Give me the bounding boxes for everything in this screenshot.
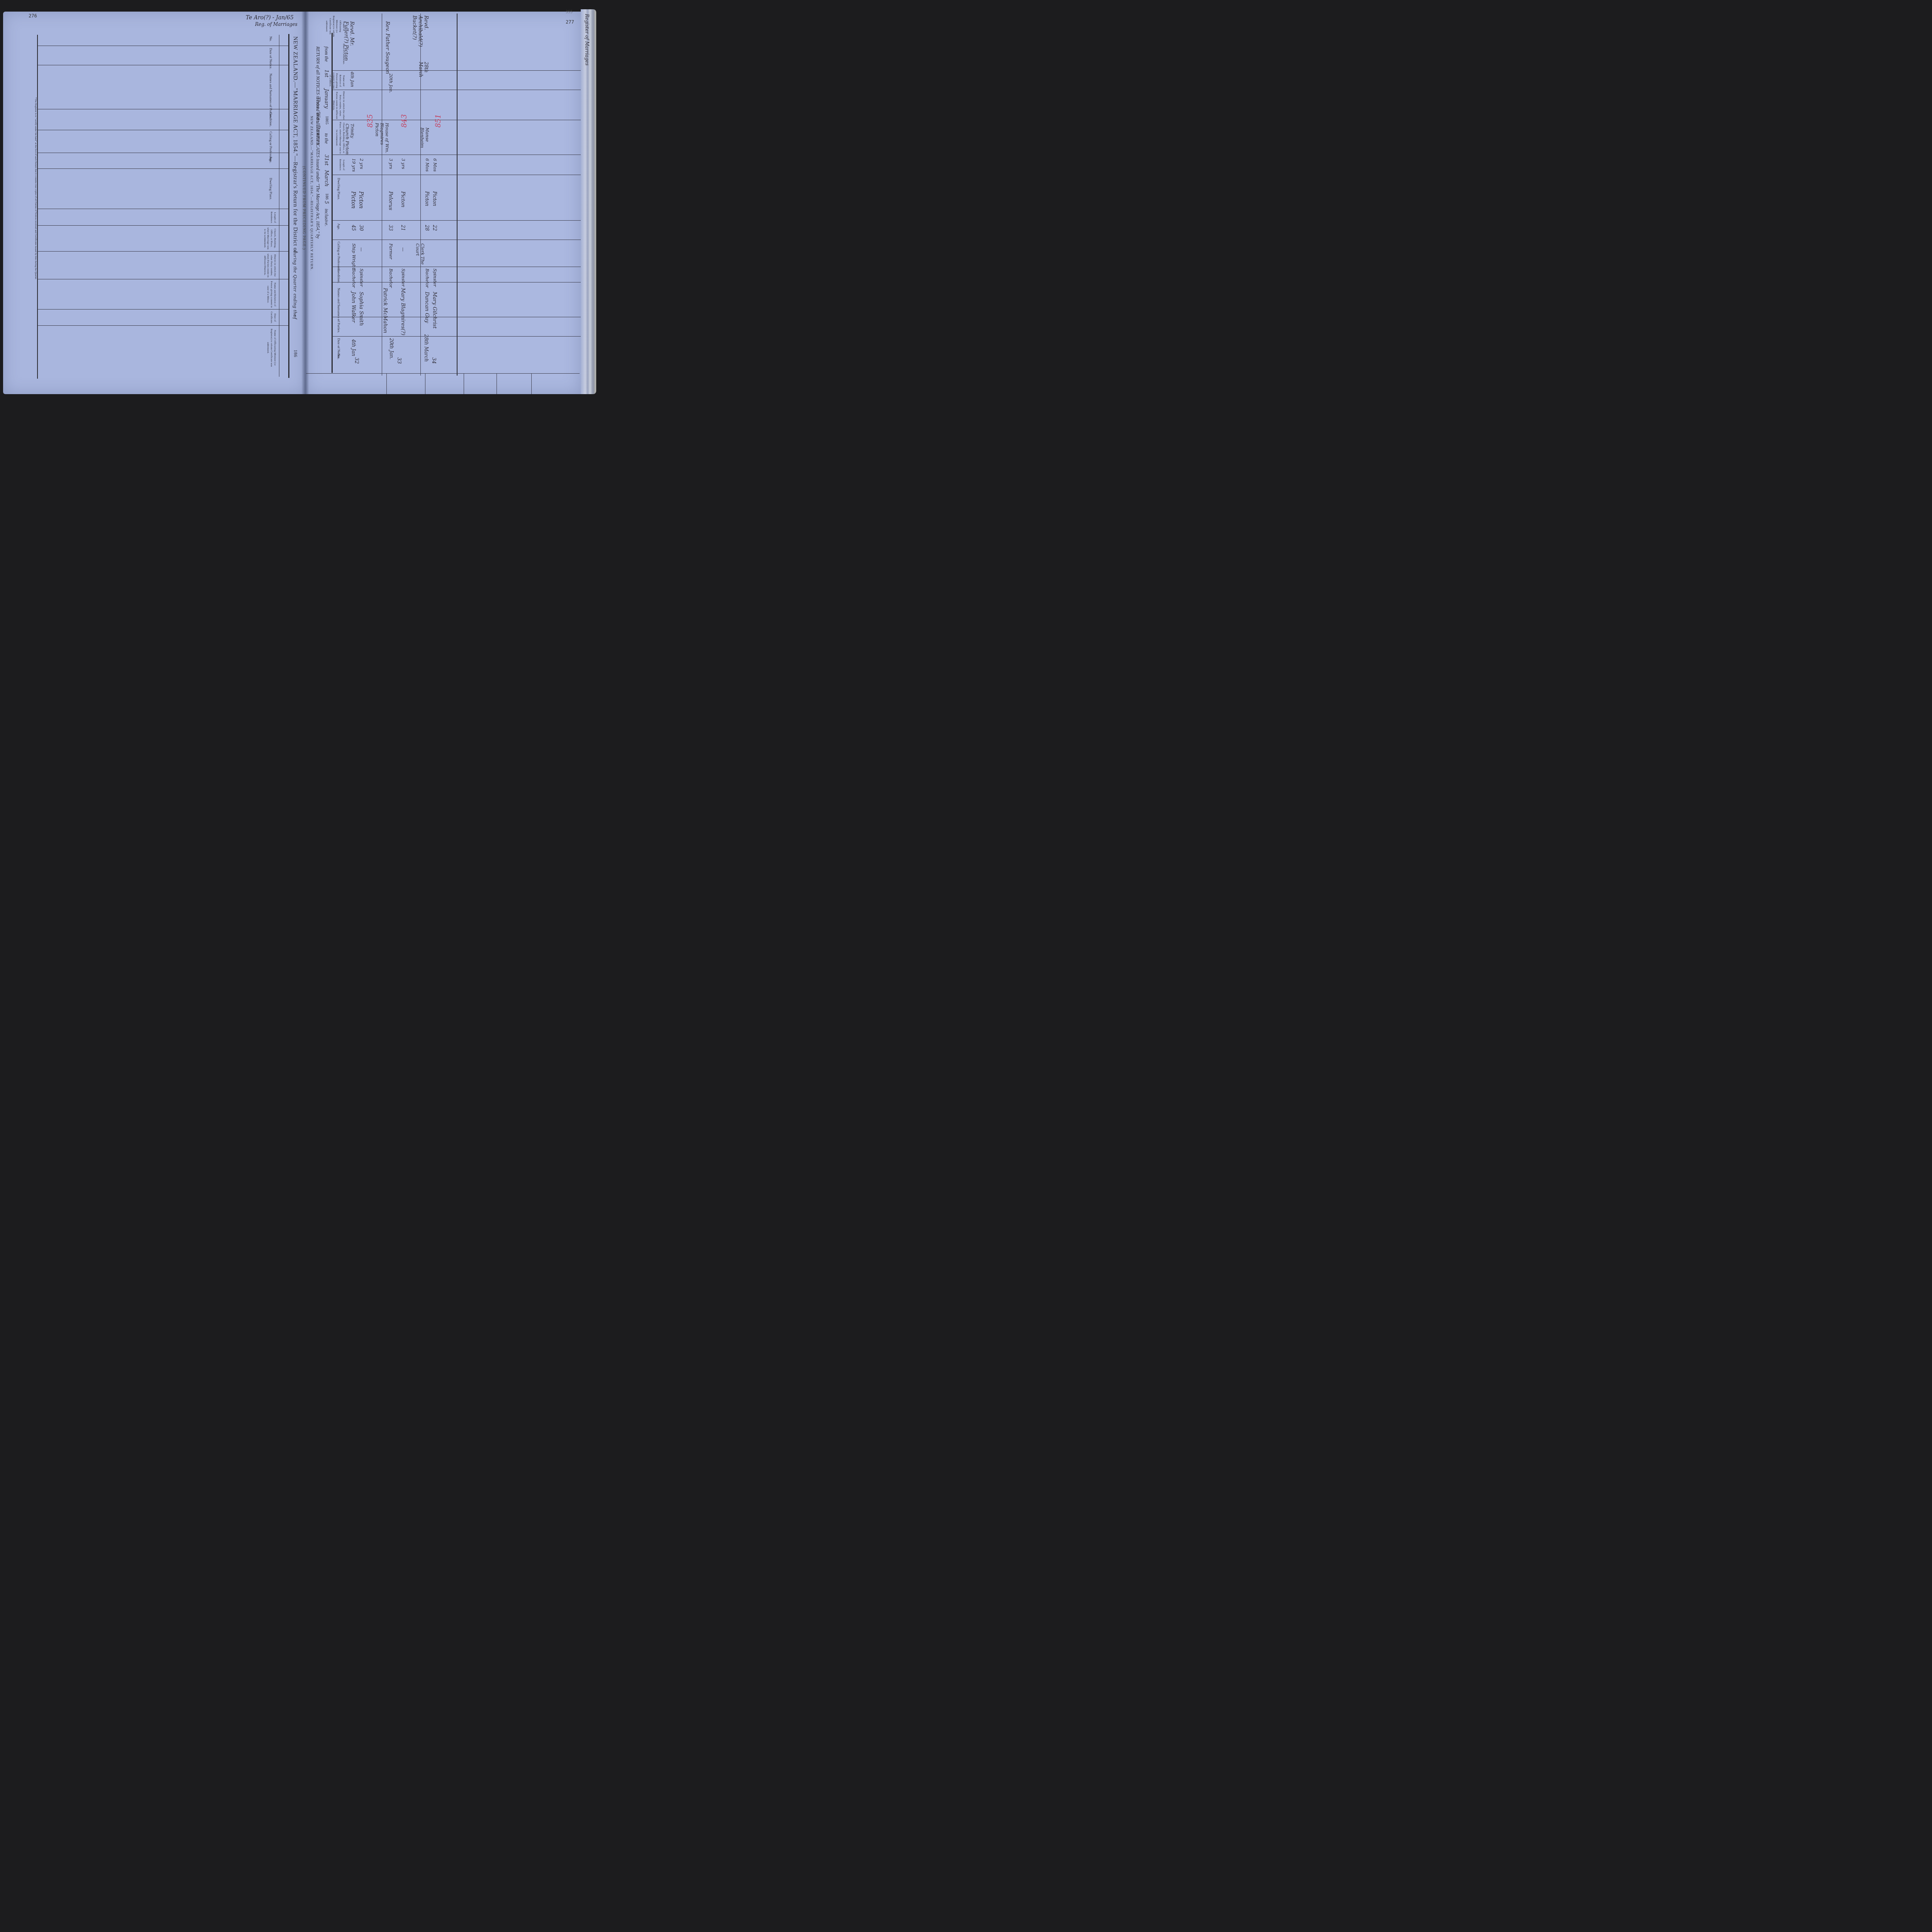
left-col-length: Length of Residence. [270,210,277,225]
left-row-line [38,309,288,310]
entry-33-calling-bride: — [401,247,406,252]
right-col-consent: Name and Relation of Person giving conse… [328,72,345,90]
right-header-to-day: 31st [323,155,329,165]
entry-34-date-certificate: 28th March [418,62,429,85]
right-header-to-the: to the [323,133,329,144]
right-header-registrar: Thos. Wm. Downes [315,97,321,145]
entry-33-no: 33 [396,357,402,364]
lower-strip-line [497,373,497,394]
left-page-subtitle-year: 186 [293,350,298,357]
left-col-dwelling: Dwelling Place. [269,178,273,200]
left-page-subtitle: during the Quarter ending the [292,250,298,316]
right-col-minister: Name of Officiating Minister (or Registr… [325,15,346,37]
left-col-church: Church, Building, Office, or Place, wher… [263,226,277,250]
right-entries-end-rule [457,14,457,376]
lower-strip-line [425,373,425,394]
left-row-line [38,153,288,153]
entry-34-name-bride: Mary Gilchrist [432,292,437,328]
entry-34-no: 34 [431,357,437,364]
left-col-district: District in which the other Party reside… [263,252,277,279]
right-header-to-year-hand: 5 [324,201,329,204]
entry-33-church: House of Wm. Blagmires Picton [374,123,389,155]
entry-33-name-bride: Mary Blagmires(?) [400,288,406,335]
right-row-line [332,317,581,317]
right-col-names: Names and Surnames of Parties. [337,288,341,333]
left-row-line [38,251,288,252]
entry-32-age-bride: 30 [359,225,364,231]
left-annotation-2: Reg. of Marriages [255,22,298,27]
entry-32-length-groom: 19 yrs [351,158,356,172]
left-page-number: 276 [29,13,37,19]
right-header-from-year: 1865 [325,116,329,124]
left-col-consent: Name and Relation of Person giving conse… [267,280,277,309]
right-header-to-month: March [323,170,329,187]
left-col-date-notice: Date of Notice. [269,48,273,69]
entry-34-age-bride: 22 [432,225,437,231]
entry-34-minister: Revd. Archibald(?) Bucket(?) [412,15,429,58]
left-col-age: Age. [269,156,273,163]
left-row-line [38,279,288,279]
right-col-church: Church, Building, Office, or Place, wher… [335,121,345,155]
entry-33-age-bride: 21 [400,225,406,231]
entry-34-district-ref: 851 [434,114,442,128]
entry-34-date-notice: 28th March [423,334,429,362]
entry-32-dwelling-groom: Picton [350,191,356,209]
entry-32-name-groom: John Walker [350,292,356,323]
left-footnote: *The Registrar is to "certify under his … [34,97,37,280]
entry-33-dwelling-bride: Picton [400,191,406,207]
entry-33-condition-groom: Bachelor [388,269,393,288]
entry-34-name-groom: Duncan Guy [424,292,430,323]
entry-34-age-groom: 28 [424,225,430,231]
entry-33-length-groom: 3 yrs [388,158,393,169]
left-col-date-certificate: Date of Certificate. [270,310,277,325]
entry-32-name-bride: Sophia Smith [358,292,364,326]
left-row-line [38,130,288,130]
entry-34-dwelling-bride: Picton [432,191,437,206]
entry-32-dwelling-bride: Picton [358,191,364,209]
entry-32-district-ref: 835 [366,114,374,128]
entry-32-minister: Revd. Mr. Fuller(?) Picton [343,21,355,68]
entry-33-age-groom: 33 [388,225,393,231]
entry-32-calling-groom: Ship Wright [351,243,356,269]
right-row-line [332,220,581,221]
entry-32-date-notice: 4th Jan [351,339,356,356]
entry-34-calling-groom: Clerk The Court [415,243,425,267]
continued-label: (CONTINUED FROM PRECEDING PAGE.) [302,166,306,250]
right-header-to-year: 186 [325,193,329,200]
right-row-line [332,90,581,90]
entry-34-dwelling-groom: Picton [424,191,430,206]
right-row-line [332,267,581,267]
entry-33-length-bride: 3 yrs [401,158,406,169]
entry-32-church: Trinity Church Picton [345,124,355,155]
left-col-no: No. [269,36,273,41]
right-row-line [332,282,581,282]
entry-33-calling-groom: Farmer [388,243,393,259]
right-col-age: Age. [337,223,341,230]
entry-33-district-ref: 843 [400,114,408,128]
entry-33-dwelling-groom: Pelorus [388,191,393,210]
left-row-line [38,109,288,109]
page-edges [581,9,596,394]
left-page-title: NEW ZEALAND.—"MARRIAGE ACT, 1854."—Regis… [292,36,298,253]
right-col-length: Length of Residence. [339,156,346,173]
entry-33-name-groom: Patrick McMahon [382,288,388,333]
right-row-line [332,240,581,240]
lower-strip-line [464,373,464,394]
entry-33-date-notice: 20th Jan. [389,338,394,359]
right-page-stamp: 355 [566,10,573,14]
left-row-line [38,325,288,326]
entry-33-minister: Rev. Father Sougeon [384,21,390,74]
lower-strip-line [531,373,532,394]
entry-32-calling-bride: — [359,247,364,252]
entry-32-length-bride: 2 yrs [359,158,364,169]
left-page [3,12,305,394]
right-page [305,12,581,394]
entry-32-date-certificate: 4th Jan [350,71,355,87]
left-page-subtitle-of: of [292,315,298,319]
right-header-from: from the [323,46,329,62]
right-header-inclusive: inclusive. [323,209,329,226]
left-row-line [38,225,288,226]
right-row-line [332,175,581,175]
lower-strip-line [386,373,387,394]
left-row-line [38,209,288,209]
right-header-line1: NEW ZEALAND.—"MARRIAGE ACT, 1854."—REGIS… [310,116,314,271]
right-col-date-notice: Date of Notice. [337,338,341,359]
entry-32-condition-groom: Bachelor [351,269,356,288]
right-col-calling: Calling or Profession. [337,241,341,272]
entry-34-length-bride: 6 Mos [432,158,437,172]
entry-33-date-certificate: 20th Jan. [388,73,393,93]
left-row-line [38,46,288,46]
right-col-district: District in which the other Party reside… [332,91,345,120]
entry-34-condition-groom: Bachelor [425,269,430,288]
entry-33-condition-bride: Spinster [401,269,406,287]
left-row-line [38,65,288,65]
right-page-number: 277 [566,19,574,25]
entry-32-age-groom: 45 [351,225,356,231]
right-col-dwelling: Dwelling Place. [337,178,341,200]
left-table-outer-left [37,35,38,379]
entry-34-condition-bride: Spinster [432,269,437,287]
entry-34-church: Manse Blenheim [420,128,430,155]
left-col-condition: Condition. [269,112,273,127]
lower-page-edge [306,373,580,374]
entry-32-no: 32 [354,357,359,364]
entry-34-length-groom: 6 Mos [425,158,430,172]
right-row-line [332,155,581,155]
left-col-minister: Name of Officiating Minister (or Registr… [267,327,277,369]
right-header-from-month: January [323,89,329,109]
entry-32-condition-bride: Spinster [359,269,364,287]
right-row-line [332,70,581,71]
margin-note: Register of Marriages [584,14,590,66]
left-row-line [38,168,288,169]
right-row-line [332,336,581,337]
left-annotation-1: Te Aro(?) - Jan/65 [246,15,294,21]
left-table-header-rule [288,34,289,378]
